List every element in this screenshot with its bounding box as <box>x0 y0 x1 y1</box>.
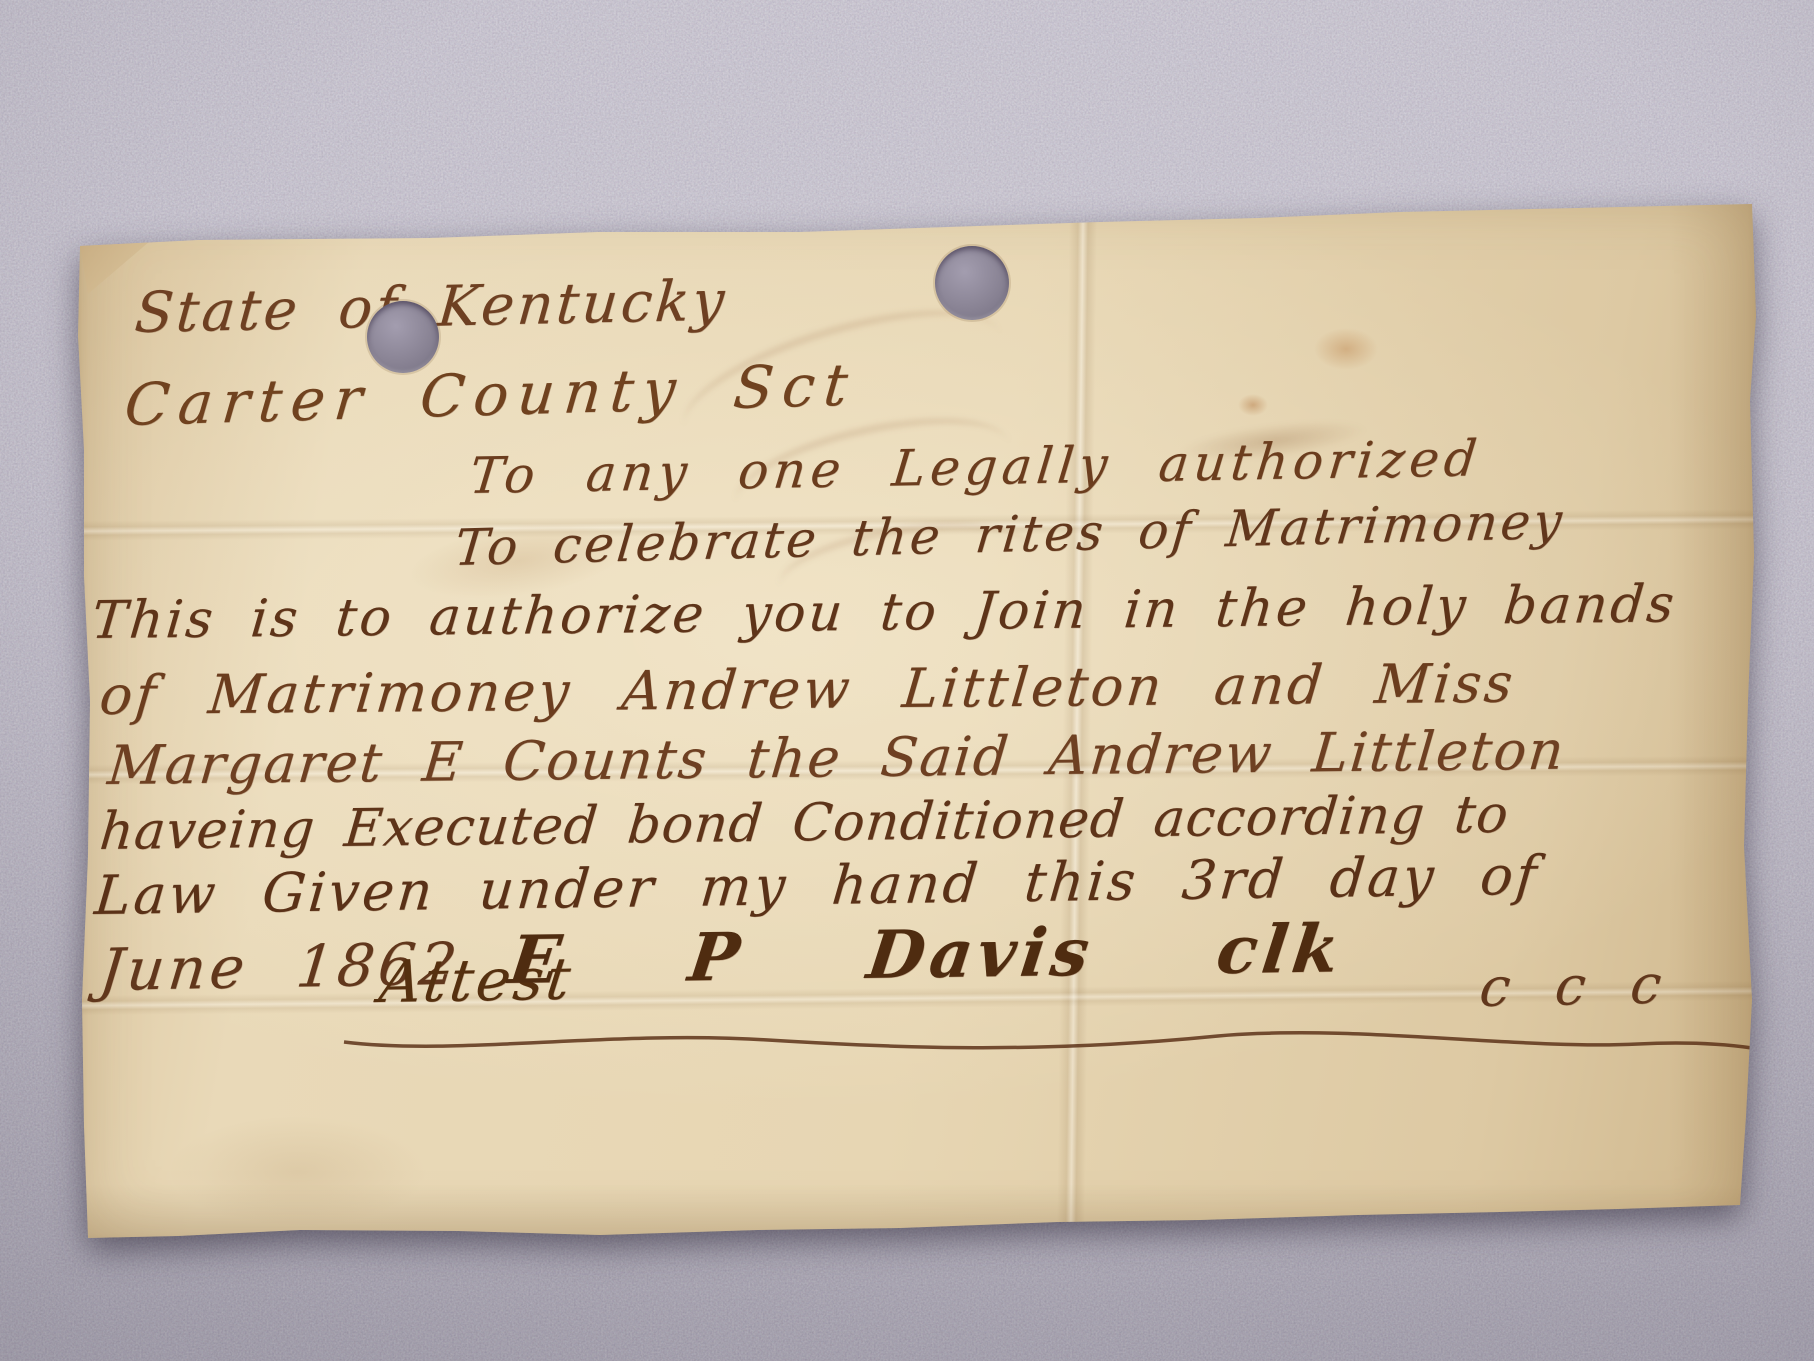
punch-hole-right <box>935 246 1009 320</box>
document-photo-scene: State of Kentucky Carter County Sct To a… <box>0 0 1814 1361</box>
handwritten-line-bride: Margaret E Counts the Said Andrew Little… <box>105 723 1568 795</box>
ink-stain <box>1238 394 1268 416</box>
handwritten-line-salutation: To any one Legally authorized <box>467 432 1484 502</box>
punch-hole-left <box>367 301 439 373</box>
fold-crease-vertical <box>1057 196 1098 1244</box>
handwritten-line-groom: of Matrimoney Andrew Littleton and Miss <box>97 656 1518 725</box>
clerk-signature: E P Davis clk <box>506 914 1348 995</box>
signature-underline-flourish <box>338 1018 1758 1062</box>
handwritten-line-celebrate: To celebrate the rites of Matrimoney <box>452 495 1567 575</box>
handwritten-line-authorize: This is to authorize you to Join in the … <box>89 577 1679 648</box>
handwritten-document-paper: State of Kentucky Carter County Sct To a… <box>78 196 1758 1244</box>
paper-shadow-wrapper: State of Kentucky Carter County Sct To a… <box>0 0 1814 1361</box>
ink-stain <box>1314 328 1378 370</box>
handwritten-end-marks: c c c <box>1477 957 1678 1017</box>
paper-edge-shading <box>78 1184 1758 1244</box>
paper-edge-shading <box>1668 196 1758 1244</box>
